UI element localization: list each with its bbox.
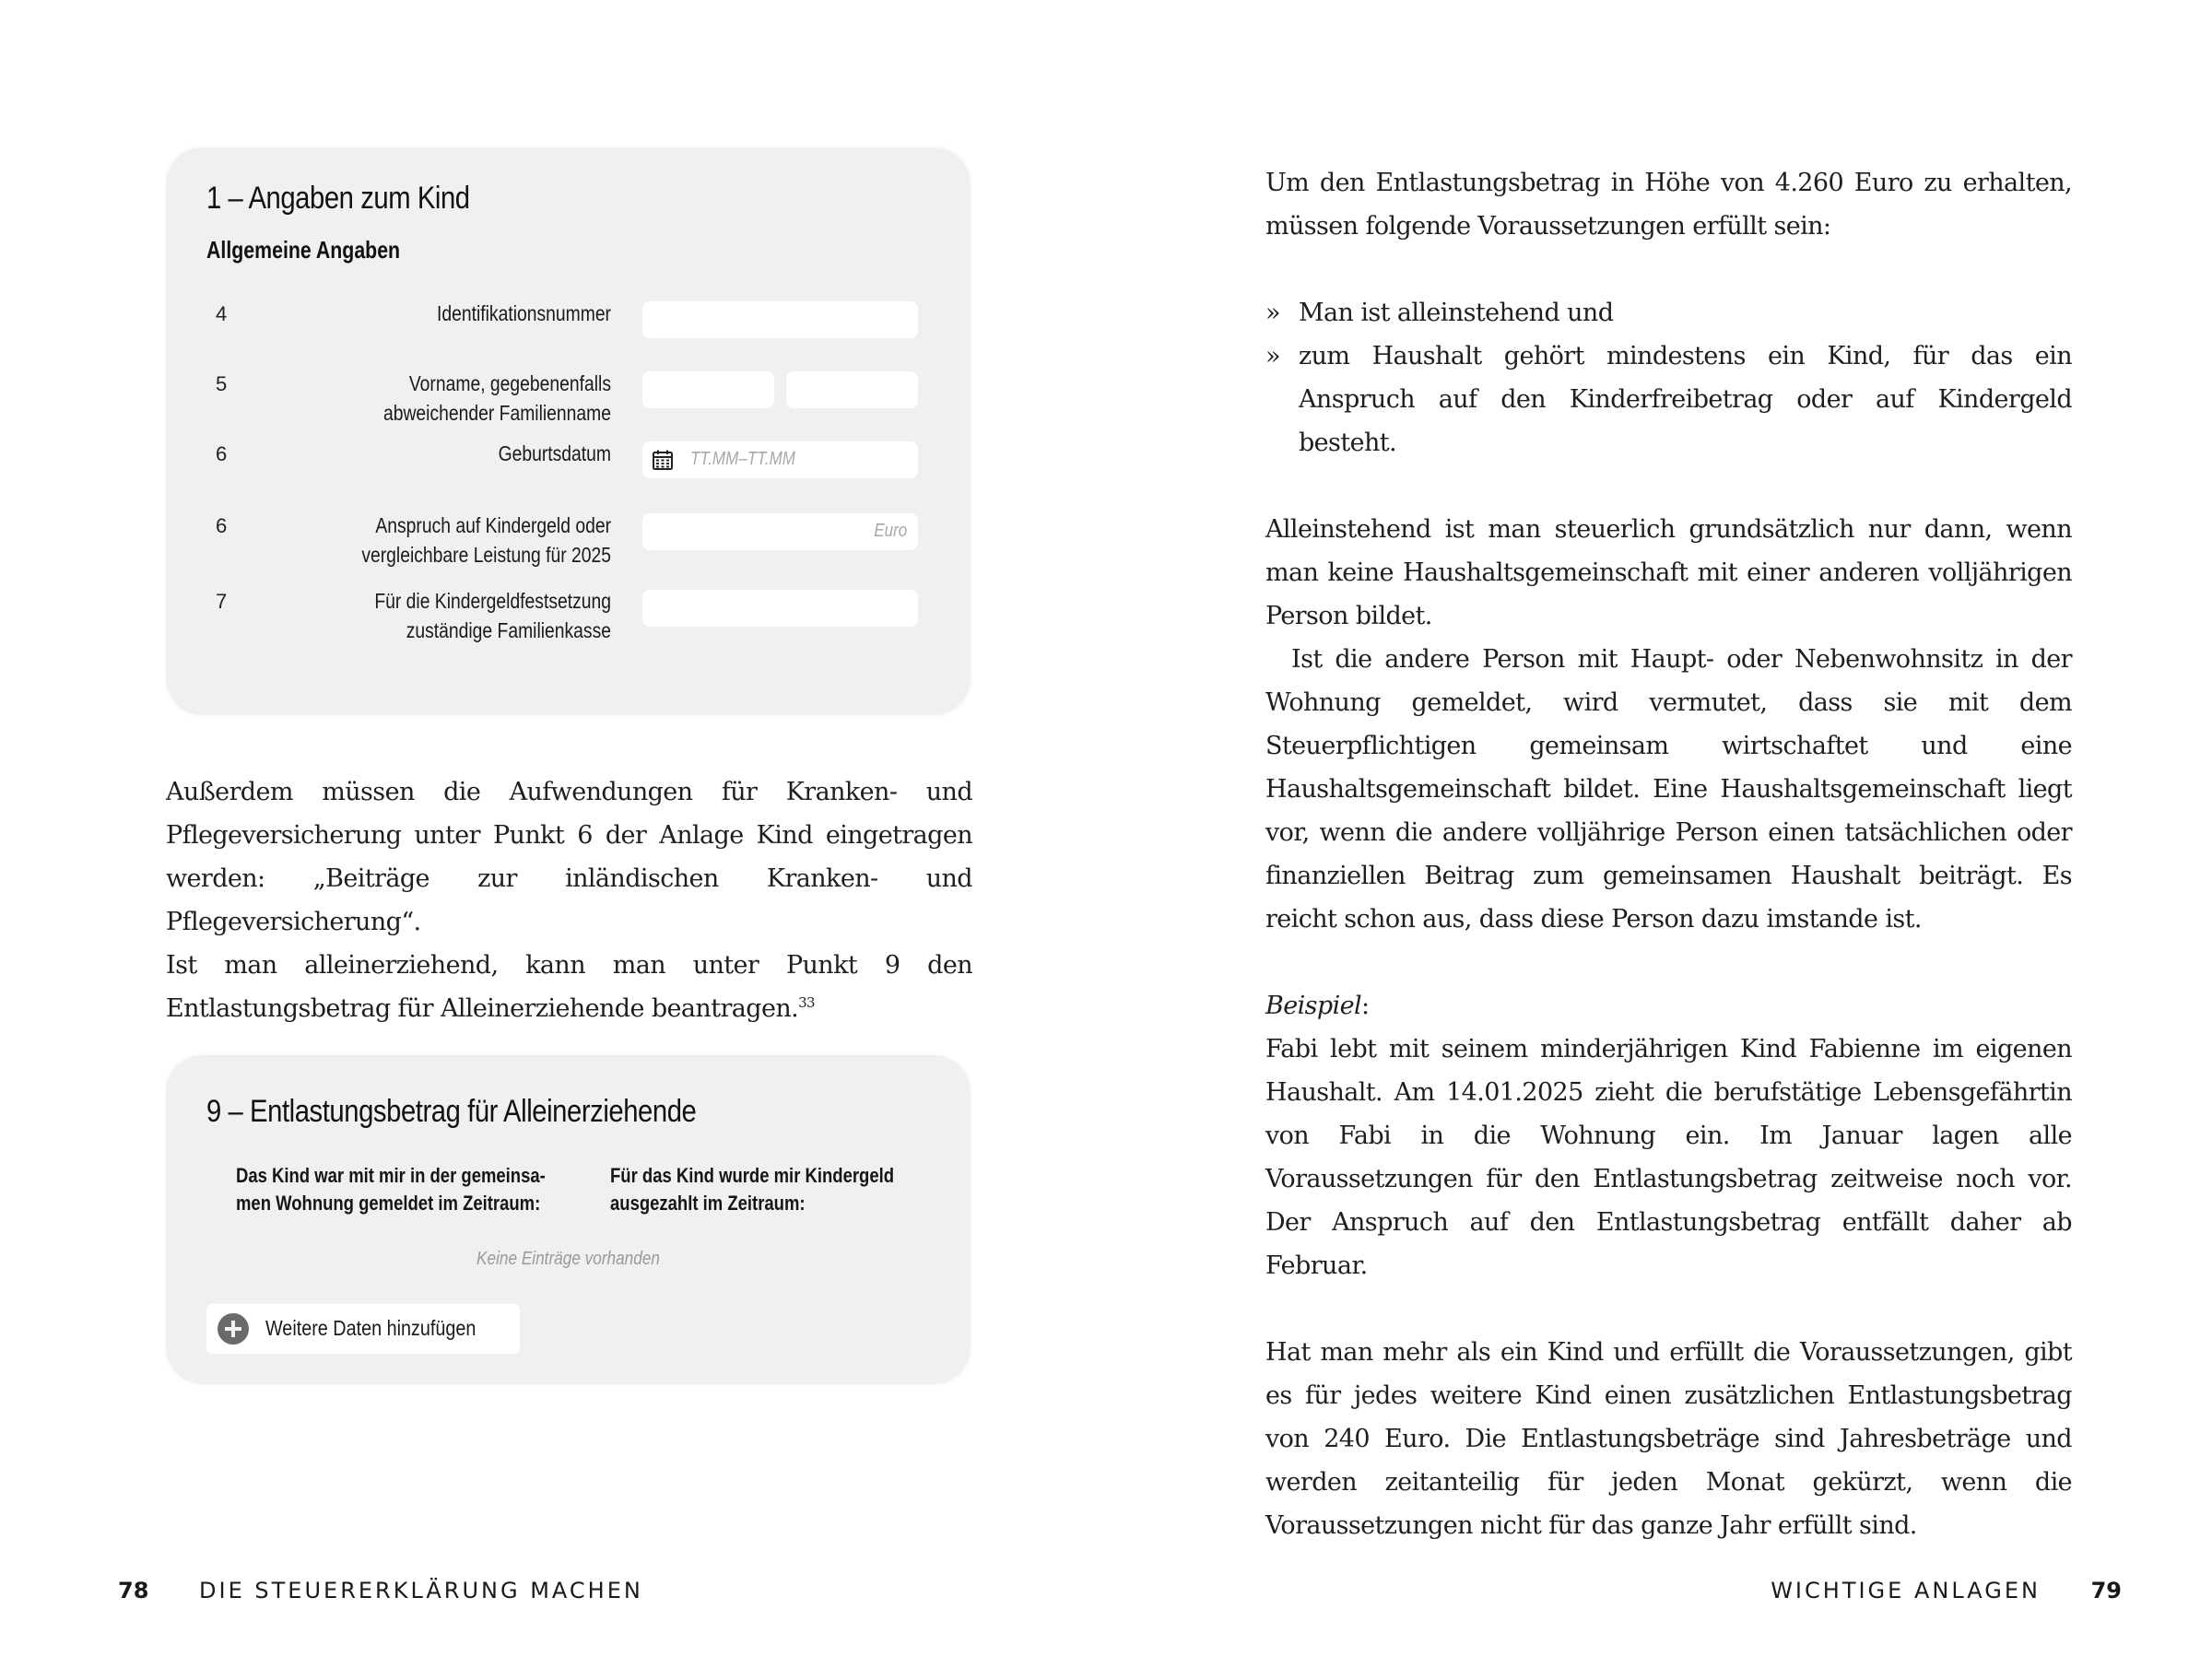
form-section-entlastungsbetrag: 9 – Entlastungsbetrag für Alleinerziehen… xyxy=(166,1055,971,1384)
section-subtitle: Allgemeine Angaben xyxy=(206,236,400,264)
vorname-input[interactable] xyxy=(642,371,774,408)
right-body-text: Um den Entlastungsbetrag in Höhe von 4.2… xyxy=(1265,161,2072,1547)
left-body-text-2: Ist man alleinerziehend, kann man unter … xyxy=(166,944,972,1030)
left-body-text: Außerdem müssen die Aufwendungen für Kra… xyxy=(166,770,972,944)
footer-right: WICHTIGE ANLAGEN 79 xyxy=(1771,1578,2122,1603)
column-header-line: Das Kind war mit mir in der gemeinsa- xyxy=(236,1162,546,1190)
intro-paragraph: Um den Entlastungsbetrag in Höhe von 4.2… xyxy=(1265,161,2072,248)
identifikationsnummer-input[interactable] xyxy=(642,301,918,338)
paragraph: Alleinstehend ist man steuerlich grundsä… xyxy=(1265,508,2072,638)
row-number: 6 xyxy=(216,442,227,466)
calendar-icon[interactable] xyxy=(652,449,674,471)
paragraph: Ist die andere Person mit Haupt- oder Ne… xyxy=(1265,638,2072,941)
footnote-ref[interactable]: 33 xyxy=(798,994,815,1011)
familienkasse-input[interactable] xyxy=(642,590,918,627)
empty-state-text: Keine Einträge vorhanden xyxy=(222,1249,914,1270)
page-number-right: 79 xyxy=(2091,1578,2122,1603)
page-number-left: 78 xyxy=(118,1578,148,1603)
list-item: zum Haushalt gehört mindestens ein Kind,… xyxy=(1265,335,2072,464)
section-title: 9 – Entlastungsbetrag für Alleinerziehen… xyxy=(206,1094,696,1130)
date-placeholder: TT.MM–TT.MM xyxy=(690,449,795,470)
requirements-list: Man ist alleinstehend und zum Haushalt g… xyxy=(1265,291,2072,464)
example-label: Beispiel xyxy=(1265,992,1361,1020)
column-header-kindergeld: Für das Kind wurde mir Kindergeld ausgez… xyxy=(610,1162,894,1217)
footer-left: 78 DIE STEUERERKLÄRUNG MACHEN xyxy=(118,1578,643,1603)
row-number: 7 xyxy=(216,590,227,614)
example-colon: : xyxy=(1361,992,1370,1020)
geburtsdatum-input[interactable]: TT.MM–TT.MM xyxy=(642,441,918,478)
example-heading: Beispiel: xyxy=(1265,984,2072,1028)
add-more-data-button[interactable]: Weitere Daten hinzufügen xyxy=(206,1304,520,1354)
row-label: Geburtsdatum xyxy=(333,439,611,468)
add-button-label: Weitere Daten hinzufügen xyxy=(265,1316,476,1341)
running-head-left: DIE STEUERERKLÄRUNG MACHEN xyxy=(199,1578,643,1603)
list-item: Man ist alleinstehend und xyxy=(1265,291,2072,335)
column-header-wohnung: Das Kind war mit mir in der gemeinsa- me… xyxy=(236,1162,546,1217)
column-header-line: men Wohnung gemeldet im Zeitraum: xyxy=(236,1190,546,1217)
euro-placeholder: Euro xyxy=(874,521,907,542)
row-label: Für die Kindergeldfestsetzung zuständige… xyxy=(333,586,611,645)
paragraph: Hat man mehr als ein Kind und erfüllt di… xyxy=(1265,1331,2072,1547)
column-header-line: Für das Kind wurde mir Kindergeld xyxy=(610,1162,894,1190)
row-number: 4 xyxy=(216,302,227,326)
kindergeld-amount-input[interactable]: Euro xyxy=(642,513,918,550)
paragraph-text: Ist man alleinerziehend, kann man unter … xyxy=(166,951,972,1023)
column-header-line: ausgezahlt im Zeitraum: xyxy=(610,1190,894,1217)
form-section-angaben-zum-kind: 1 – Angaben zum Kind Allgemeine Angaben … xyxy=(166,147,971,715)
section-title: 1 – Angaben zum Kind xyxy=(206,181,470,217)
row-label: Anspruch auf Kindergeld oder vergleichba… xyxy=(333,511,611,570)
row-label: Identifikationsnummer xyxy=(333,299,611,328)
row-number: 5 xyxy=(216,372,227,396)
plus-circle-icon xyxy=(218,1313,249,1345)
running-head-right: WICHTIGE ANLAGEN xyxy=(1771,1578,2041,1603)
paragraph: Außerdem müssen die Aufwendungen für Kra… xyxy=(166,770,972,944)
example-paragraph: Fabi lebt mit seinem minderjährigen Kind… xyxy=(1265,1028,2072,1287)
row-label: Vorname, gegebenenfalls abweichender Fam… xyxy=(333,369,611,428)
paragraph: Ist man alleinerziehend, kann man unter … xyxy=(166,944,972,1030)
row-number: 6 xyxy=(216,514,227,538)
familienname-input[interactable] xyxy=(786,371,918,408)
